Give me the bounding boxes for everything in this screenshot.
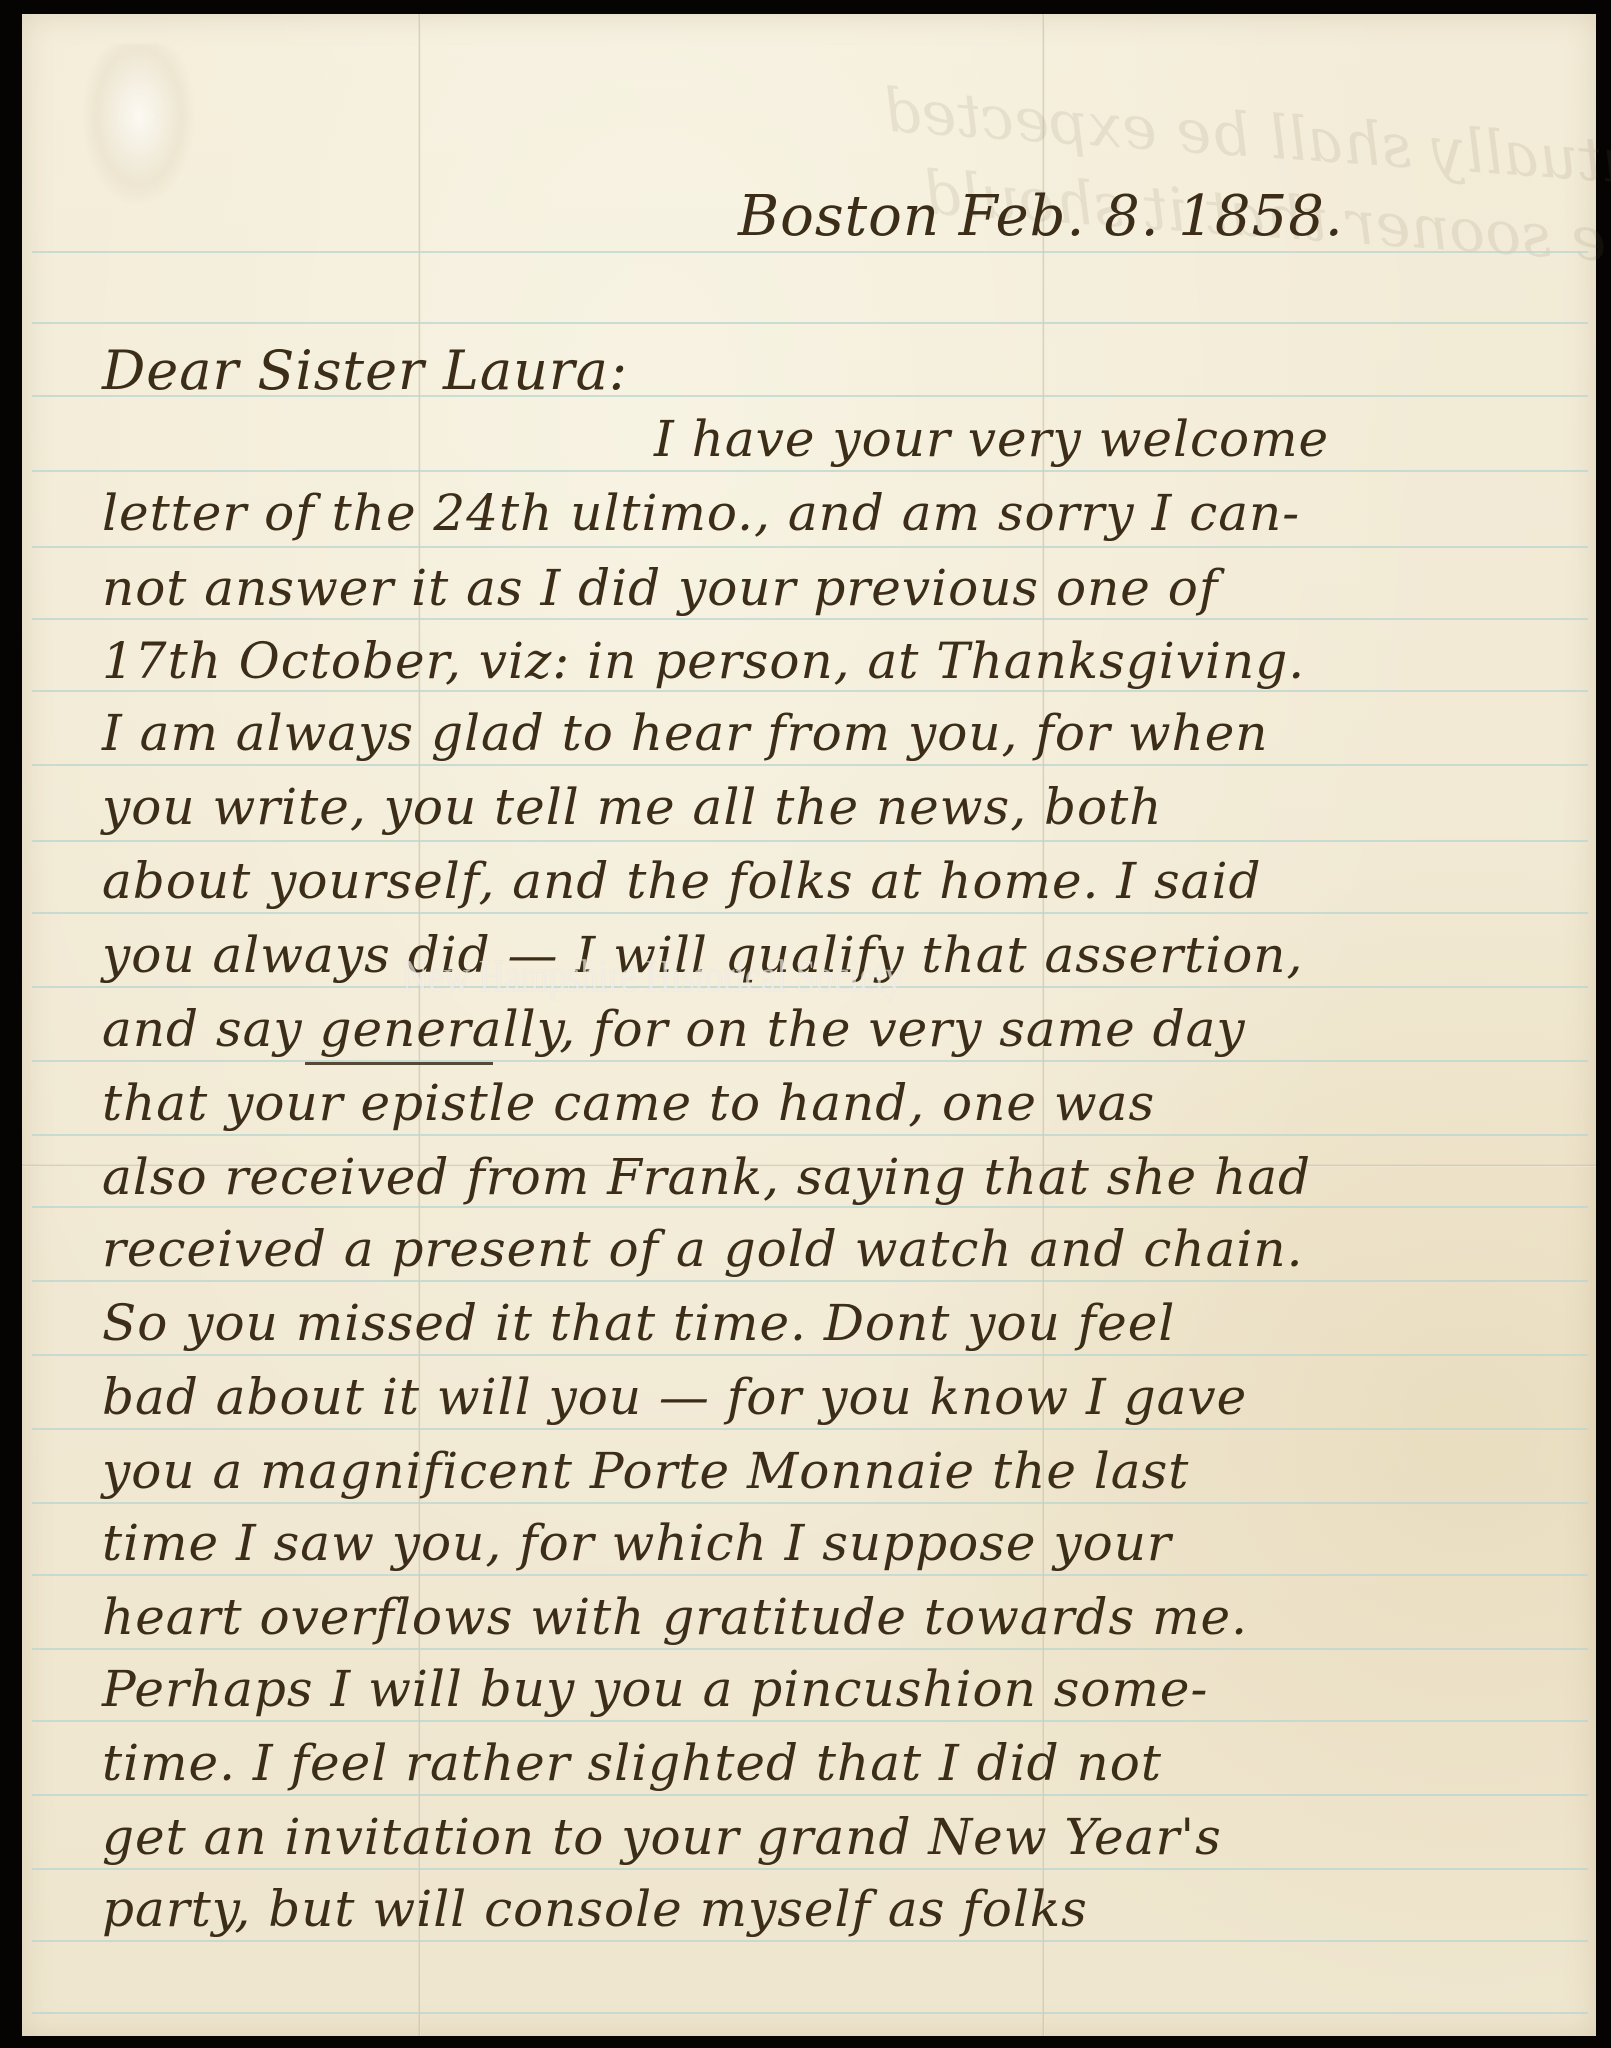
letter-line: heart overflows with gratitude towards m…	[102, 1588, 1248, 1646]
letter-line: I have your very welcome	[654, 410, 1329, 468]
letter-line: also received from Frank, saying that sh…	[102, 1148, 1311, 1206]
ruled-line	[32, 1280, 1588, 1282]
ruled-line	[32, 1206, 1588, 1208]
ruled-line	[32, 1720, 1588, 1722]
ruled-line	[32, 470, 1588, 472]
ruled-line	[32, 1868, 1588, 1870]
ruled-line	[32, 912, 1588, 914]
ruled-line	[32, 1794, 1588, 1796]
ruled-line	[32, 840, 1588, 842]
letter-line: Perhaps I will buy you a pincushion some…	[102, 1660, 1208, 1718]
letter-line: So you missed it that time. Dont you fee…	[102, 1294, 1175, 1352]
ruled-line	[32, 1648, 1588, 1650]
ruled-line	[32, 1574, 1588, 1576]
letter-line: get an invitation to your grand New Year…	[102, 1808, 1222, 1866]
ruled-line	[32, 1134, 1588, 1136]
letter-line: time I saw you, for which I suppose your	[102, 1514, 1172, 1572]
ruled-line	[32, 1940, 1588, 1942]
letter-line: not answer it as I did your previous one…	[102, 559, 1218, 617]
embossed-stamp-mark	[84, 44, 194, 204]
letter-line: you a magnificent Porte Monnaie the last	[102, 1442, 1189, 1500]
letter-line: bad about it will you — for you know I g…	[102, 1368, 1247, 1426]
letter-line: letter of the 24th ultimo., and am sorry…	[102, 484, 1300, 542]
ruled-line	[32, 2012, 1588, 2014]
letter-line: time. I feel rather slighted that I did …	[102, 1734, 1162, 1792]
emphasis-underline	[305, 1062, 493, 1065]
dateline: Boston Feb. 8. 1858.	[738, 184, 1344, 249]
letter-line: party, but will console myself as folks	[102, 1880, 1088, 1938]
salutation: Dear Sister Laura:	[102, 339, 628, 402]
ruled-line	[32, 322, 1588, 324]
ruled-line	[32, 1428, 1588, 1430]
letter-line-text: and say generally, for on the very same …	[102, 1000, 1246, 1058]
ruled-line	[32, 1354, 1588, 1356]
letter-line: you always did — I will qualify that ass…	[102, 926, 1303, 984]
ruled-line	[32, 618, 1588, 620]
ruled-line	[32, 1502, 1588, 1504]
letter-line: 17th October, viz: in person, at Thanksg…	[102, 632, 1305, 690]
letter-line: received a present of a gold watch and c…	[102, 1220, 1303, 1278]
ruled-line	[32, 546, 1588, 548]
ruled-line	[32, 986, 1588, 988]
ruled-line	[32, 1060, 1588, 1062]
ruled-line	[32, 764, 1588, 766]
letter-line: and say generally, for on the very same …	[102, 1000, 1246, 1058]
letter-line: that your epistle came to hand, one was	[102, 1074, 1155, 1132]
letter-line: about yourself, and the folks at home. I…	[102, 852, 1261, 910]
ruled-line	[32, 690, 1588, 692]
ruled-line	[32, 251, 1588, 253]
letter-line: you write, you tell me all the news, bot…	[102, 778, 1162, 836]
letter-page: mutually shall be expected the sooner th…	[22, 14, 1596, 2036]
letter-line: I am always glad to hear from you, for w…	[102, 704, 1269, 762]
